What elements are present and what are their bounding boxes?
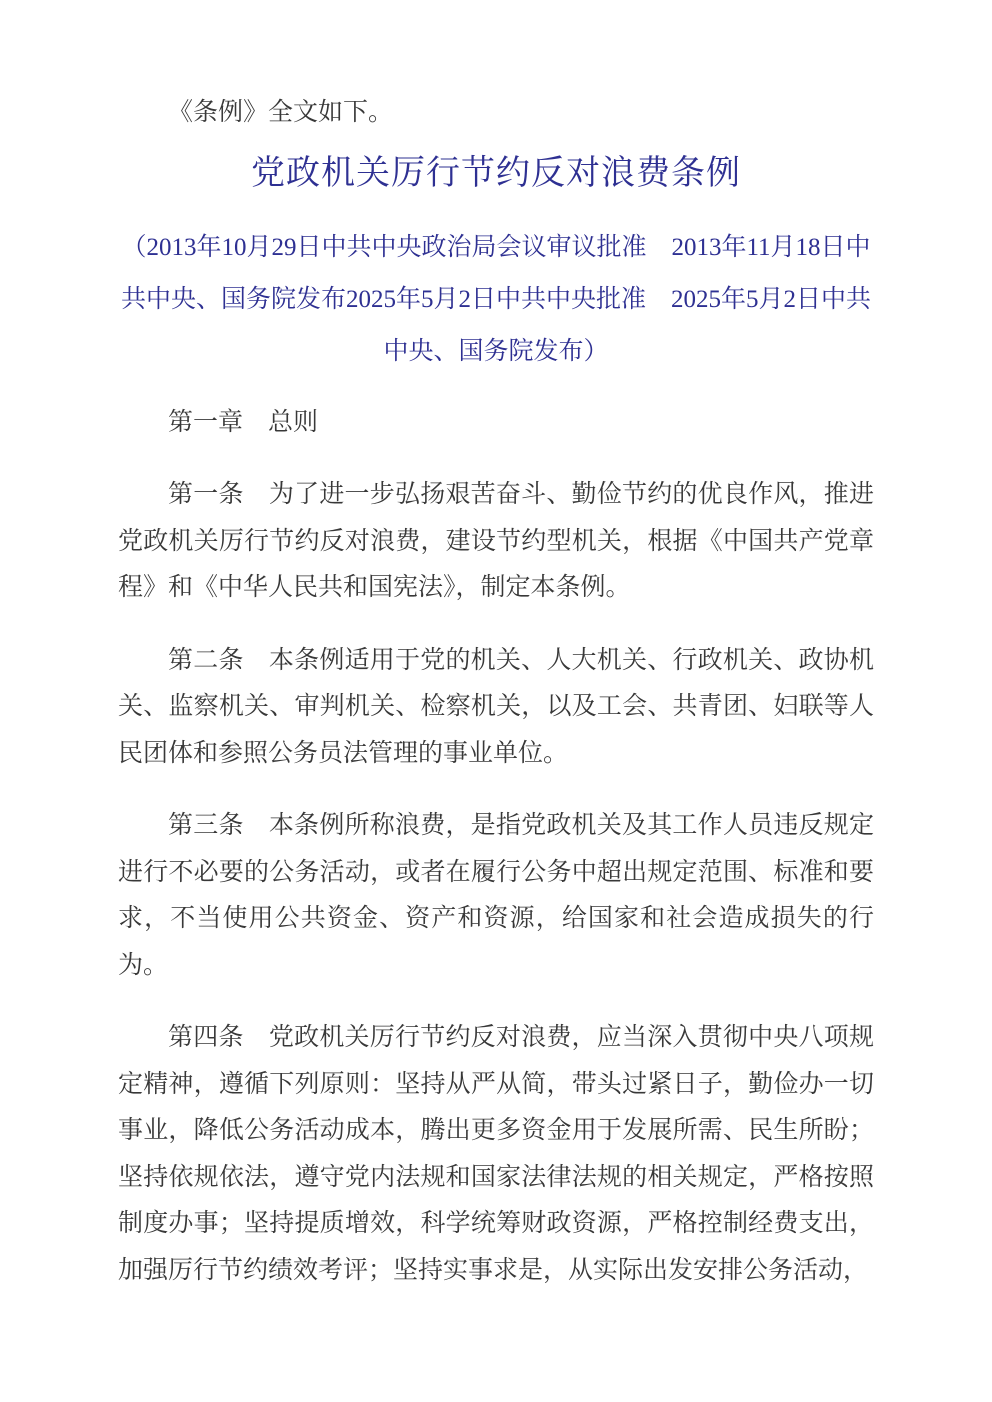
article-4-paragraph: 第四条 党政机关厉行节约反对浪费，应当深入贯彻中央八项规定精神，遵循下列原则：坚… bbox=[118, 1015, 874, 1294]
chapter-1-heading: 第一章 总则 bbox=[118, 400, 874, 446]
approval-date-line-2: 共中央、国务院发布2025年5月2日中共中央批准 2025年5月2日中共 bbox=[118, 274, 874, 326]
article-2-paragraph: 第二条 本条例适用于党的机关、人大机关、行政机关、政协机关、监察机关、审判机关、… bbox=[118, 638, 874, 778]
approval-date-note: （2013年10月29日中共中央政治局会议审议批准 2013年11月18日中 共… bbox=[118, 222, 874, 378]
document-title: 党政机关厉行节约反对浪费条例 bbox=[118, 148, 874, 200]
article-1-paragraph: 第一条 为了进一步弘扬艰苦奋斗、勤俭节约的优良作风，推进党政机关厉行节约反对浪费… bbox=[118, 472, 874, 612]
approval-date-line-3: 中央、国务院发布） bbox=[118, 326, 874, 378]
document-page: 《条例》全文如下。 党政机关厉行节约反对浪费条例 （2013年10月29日中共中… bbox=[0, 0, 992, 1402]
article-3-paragraph: 第三条 本条例所称浪费，是指党政机关及其工作人员违反规定进行不必要的公务活动，或… bbox=[118, 803, 874, 989]
intro-paragraph: 《条例》全文如下。 bbox=[118, 90, 874, 136]
approval-date-line-1: （2013年10月29日中共中央政治局会议审议批准 2013年11月18日中 bbox=[118, 222, 874, 274]
